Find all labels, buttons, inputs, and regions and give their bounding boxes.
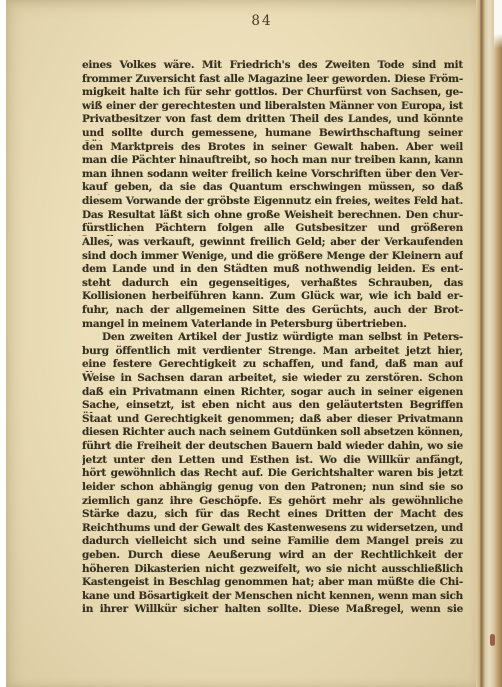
text-line: diesen Richter auch nach seinem Gutdünke… <box>82 426 463 440</box>
text-line: Stärke dazu, sich für das Recht eines Dr… <box>82 508 463 522</box>
text-line: dem Lande und in den Städten muß nothwen… <box>82 263 463 277</box>
book-page-scan: { "page_number": "84", "colors": { "pape… <box>0 0 502 687</box>
text-line: Kollisionen herbeiführen kann. Zum Glück… <box>82 290 463 304</box>
text-line: migkeit halte ich für sehr gottlos. Der … <box>82 86 463 100</box>
text-line: fürstlichen Pächtern folgen alle Gutsbes… <box>82 222 463 236</box>
text-line: mangel in meinem Vaterlande in Petersbur… <box>82 318 463 332</box>
text-line: eine festere Gerechtigkeit zu schaffen, … <box>82 358 463 372</box>
text-line: Reichthums und der Gewalt des Kastenwese… <box>82 522 463 536</box>
text-line: Den zweiten Artikel der Justiz würdigte … <box>82 331 463 345</box>
text-line: geben. Durch diese Aeußerung wird an der… <box>82 549 463 563</box>
text-line: ziemlich ganz ihre Geschöpfe. Es gehört … <box>82 495 463 509</box>
text-line: frommer Zuversicht fast alle Magazine le… <box>82 73 463 87</box>
text-block: eines Volkes wäre. Mit Friedrich's des Z… <box>82 59 463 617</box>
text-line: jetzt unter den Letten und Esthen ist. W… <box>82 454 463 468</box>
corner-highlight <box>494 0 502 48</box>
text-line: und sollte durch gemessene, humane Bewir… <box>82 127 463 141</box>
text-line: sind doch immer Wenige, und die größere … <box>82 250 463 264</box>
text-line: Staat und Gerechtigkeit genommen; daß ab… <box>82 413 463 427</box>
text-line: Sache, einsetzt, ist eben nicht aus den … <box>82 399 463 413</box>
text-line: fuhr, nach der allgemeinen Sitte des Ger… <box>82 304 463 318</box>
text-line: wiß einer der gerechtesten und liberalst… <box>82 100 463 114</box>
text-line: dadurch vielleicht sich und seine Famili… <box>82 535 463 549</box>
text-line: den Marktpreis des Brotes in seiner Gewa… <box>82 141 463 155</box>
text-line: man die Pächter hinauftreibt, so hoch ma… <box>82 154 463 168</box>
text-line: Das Resultat läßt sich ohne große Weishe… <box>82 209 463 223</box>
page-number: 84 <box>240 13 284 29</box>
text-line: man ihnen sodann weiter freilich keine V… <box>82 168 463 182</box>
text-line: Alles, was verkauft, gewinnt freilich Ge… <box>82 236 463 250</box>
text-line: steht dadurch ein gegenseitiges, verhaßt… <box>82 277 463 291</box>
text-line: Kastengeist in Beschlag genommen hat; ab… <box>82 576 463 590</box>
book-fore-edge <box>476 0 502 687</box>
text-line: leider schon abhängig genug von den Patr… <box>82 481 463 495</box>
text-line: eines Volkes wäre. Mit Friedrich's des Z… <box>82 59 463 73</box>
text-line: höheren Dikasterien nicht gezweifelt, wo… <box>82 563 463 577</box>
text-line: Privatbesitzer von fast dem dritten Thei… <box>82 113 463 127</box>
text-line: daß ein Privatmann einen Richter, sogar … <box>82 386 463 400</box>
text-line: hört gewöhnlich das Recht auf. Die Geric… <box>82 467 463 481</box>
text-line: führt die Freiheit der deutschen Bauern … <box>82 440 463 454</box>
text-line: burg öffentlich mit verdienter Strenge. … <box>82 345 463 359</box>
text-line: Weise in Sachsen daran arbeitet, sie wie… <box>82 372 463 386</box>
text-line: kauf geben, da sie das Quantum erschwing… <box>82 181 463 195</box>
ink-stain <box>490 634 495 646</box>
text-line: kane und Bösartigkeit der Menschen nicht… <box>82 590 463 604</box>
text-line: in ihrer Willkür sicher halten sollte. D… <box>82 603 463 617</box>
text-line: diesem Vorwande der gröbste Eigennutz ei… <box>82 195 463 209</box>
